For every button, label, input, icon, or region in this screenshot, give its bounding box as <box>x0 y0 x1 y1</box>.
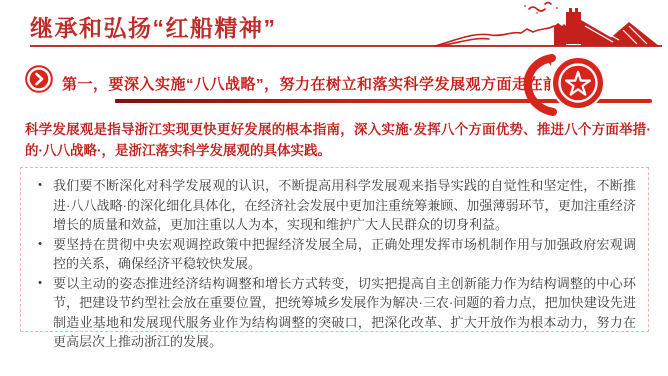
bullet-text: 要以主动的姿态推进经济结构调整和增长方式转变，切实把提高自主创新能力作为结构调整… <box>53 274 636 352</box>
list-item: • 要坚持在贯彻中央宏观调控政策中把握经济发展全局，正确处理发挥市场机制作用与加… <box>27 235 636 274</box>
list-item: • 要以主动的姿态推进经济结构调整和增长方式转变，切实把提高自主创新能力作为结构… <box>27 274 636 352</box>
presentation-slide: 继承和弘扬“红船精神” 第一，要深入实施“八八战略”，努力在树立和落实科学发展观 <box>0 0 668 376</box>
bullet-dot-icon: • <box>27 176 53 196</box>
content-box: • 我们要不断深化对科学发展观的认识，不断提高用科学发展观来指导实践的自觉性和坚… <box>20 167 649 332</box>
chevron-right-circle-icon <box>25 65 53 93</box>
bird-icon <box>545 3 551 5</box>
bullet-text: 要坚持在贯彻中央宏观调控政策中把握经济发展全局，正确处理发挥市场机制作用与加强政… <box>53 235 636 274</box>
star-badge-icon <box>518 54 622 116</box>
bullet-dot-icon: • <box>27 274 53 294</box>
wall-tower-icon <box>566 8 581 44</box>
list-item: • 我们要不断深化对科学发展观的认识，不断提高用科学发展观来指导实践的自觉性和坚… <box>27 176 636 235</box>
bullet-list: • 我们要不断深化对科学发展观的认识，不断提高用科学发展观来指导实践的自觉性和坚… <box>27 176 636 352</box>
banner-title: 第一，要深入实施“八八战略”，努力在树立和落实科学发展观方面走在前列 <box>62 73 574 94</box>
great-wall-icon <box>433 0 668 52</box>
section-banner: 第一，要深入实施“八八战略”，努力在树立和落实科学发展观方面走在前列 <box>0 58 668 114</box>
bullet-dot-icon: • <box>27 235 53 255</box>
bullet-text: 我们要不断深化对科学发展观的认识，不断提高用科学发展观来指导实践的自觉性和坚定性… <box>53 176 636 235</box>
bird-icon <box>529 7 545 11</box>
page-title: 继承和弘扬“红船精神” <box>30 10 277 43</box>
intro-paragraph: 科学发展观是指导浙江实现更快更好发展的根本指南，深入实施·发挥八个方面优势、推进… <box>25 119 651 161</box>
